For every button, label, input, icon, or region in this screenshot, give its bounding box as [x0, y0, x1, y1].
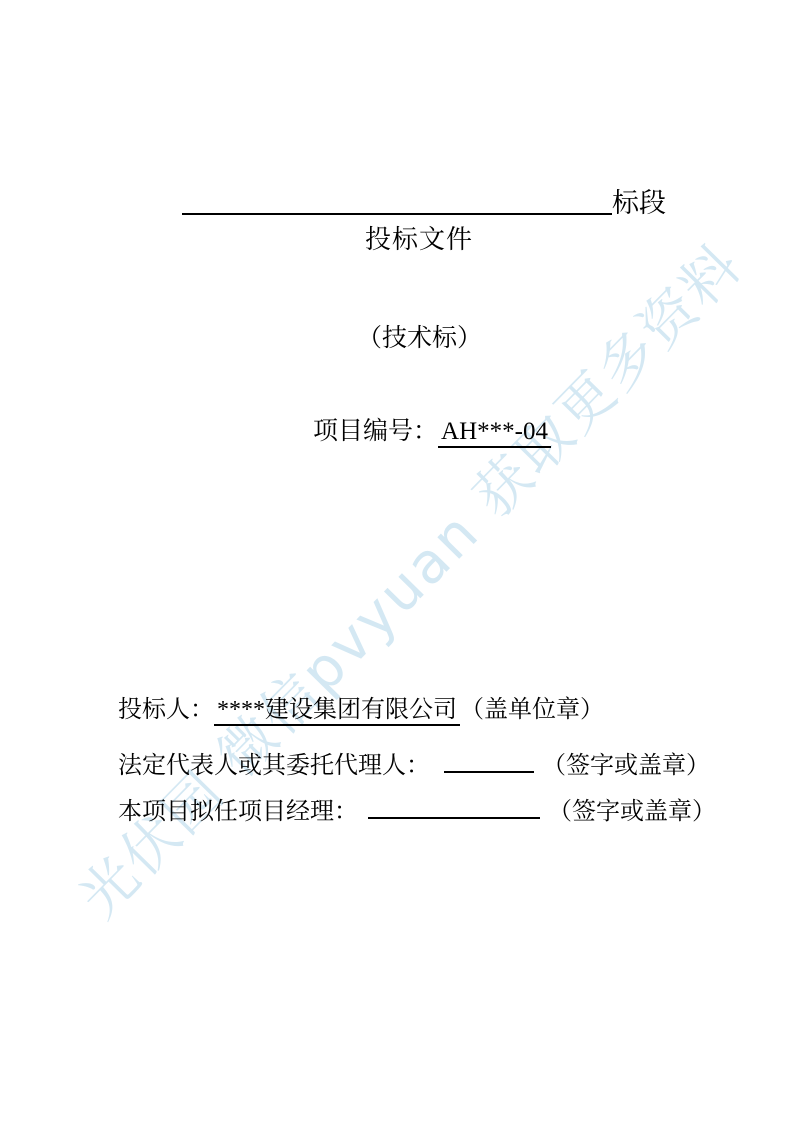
document-content: 标段 投标文件 （技术标） 项目编号：AH***-04 投标人：****建设集团… [0, 0, 793, 1122]
section-suffix-label: 标段 [612, 188, 666, 219]
bidder-seal-note: （盖单位章） [460, 697, 604, 723]
section-name-blank-line [182, 195, 612, 215]
bidder-company-value: ****建设集团有限公司 [214, 697, 460, 726]
bidder-label: 投标人： [118, 697, 214, 723]
bidder-line: 投标人：****建设集团有限公司（盖单位章） [118, 697, 604, 725]
legal-representative-blank-line [444, 746, 534, 773]
project-manager-blank-line [368, 792, 540, 819]
legal-representative-label: 法定代表人或其委托代理人： [118, 753, 430, 779]
project-number-line: 项目编号：AH***-04 [313, 418, 551, 447]
document-title: 投标文件 [365, 225, 473, 255]
project-manager-label: 本项目拟任项目经理： [118, 799, 358, 825]
project-manager-sign-note: （签字或盖章） [548, 799, 716, 825]
project-number-label: 项目编号： [313, 418, 438, 445]
project-number-value: AH***-04 [438, 418, 551, 448]
document-page: 光伏园 微信pvyuan 获取更多资料 标段 投标文件 （技术标） 项目编号：A… [0, 0, 793, 1122]
document-subtitle: （技术标） [357, 325, 482, 354]
legal-representative-sign-note: （签字或盖章） [542, 753, 710, 779]
legal-representative-line: 法定代表人或其委托代理人：（签字或盖章） [118, 746, 710, 781]
project-manager-line: 本项目拟任项目经理：（签字或盖章） [118, 792, 716, 827]
